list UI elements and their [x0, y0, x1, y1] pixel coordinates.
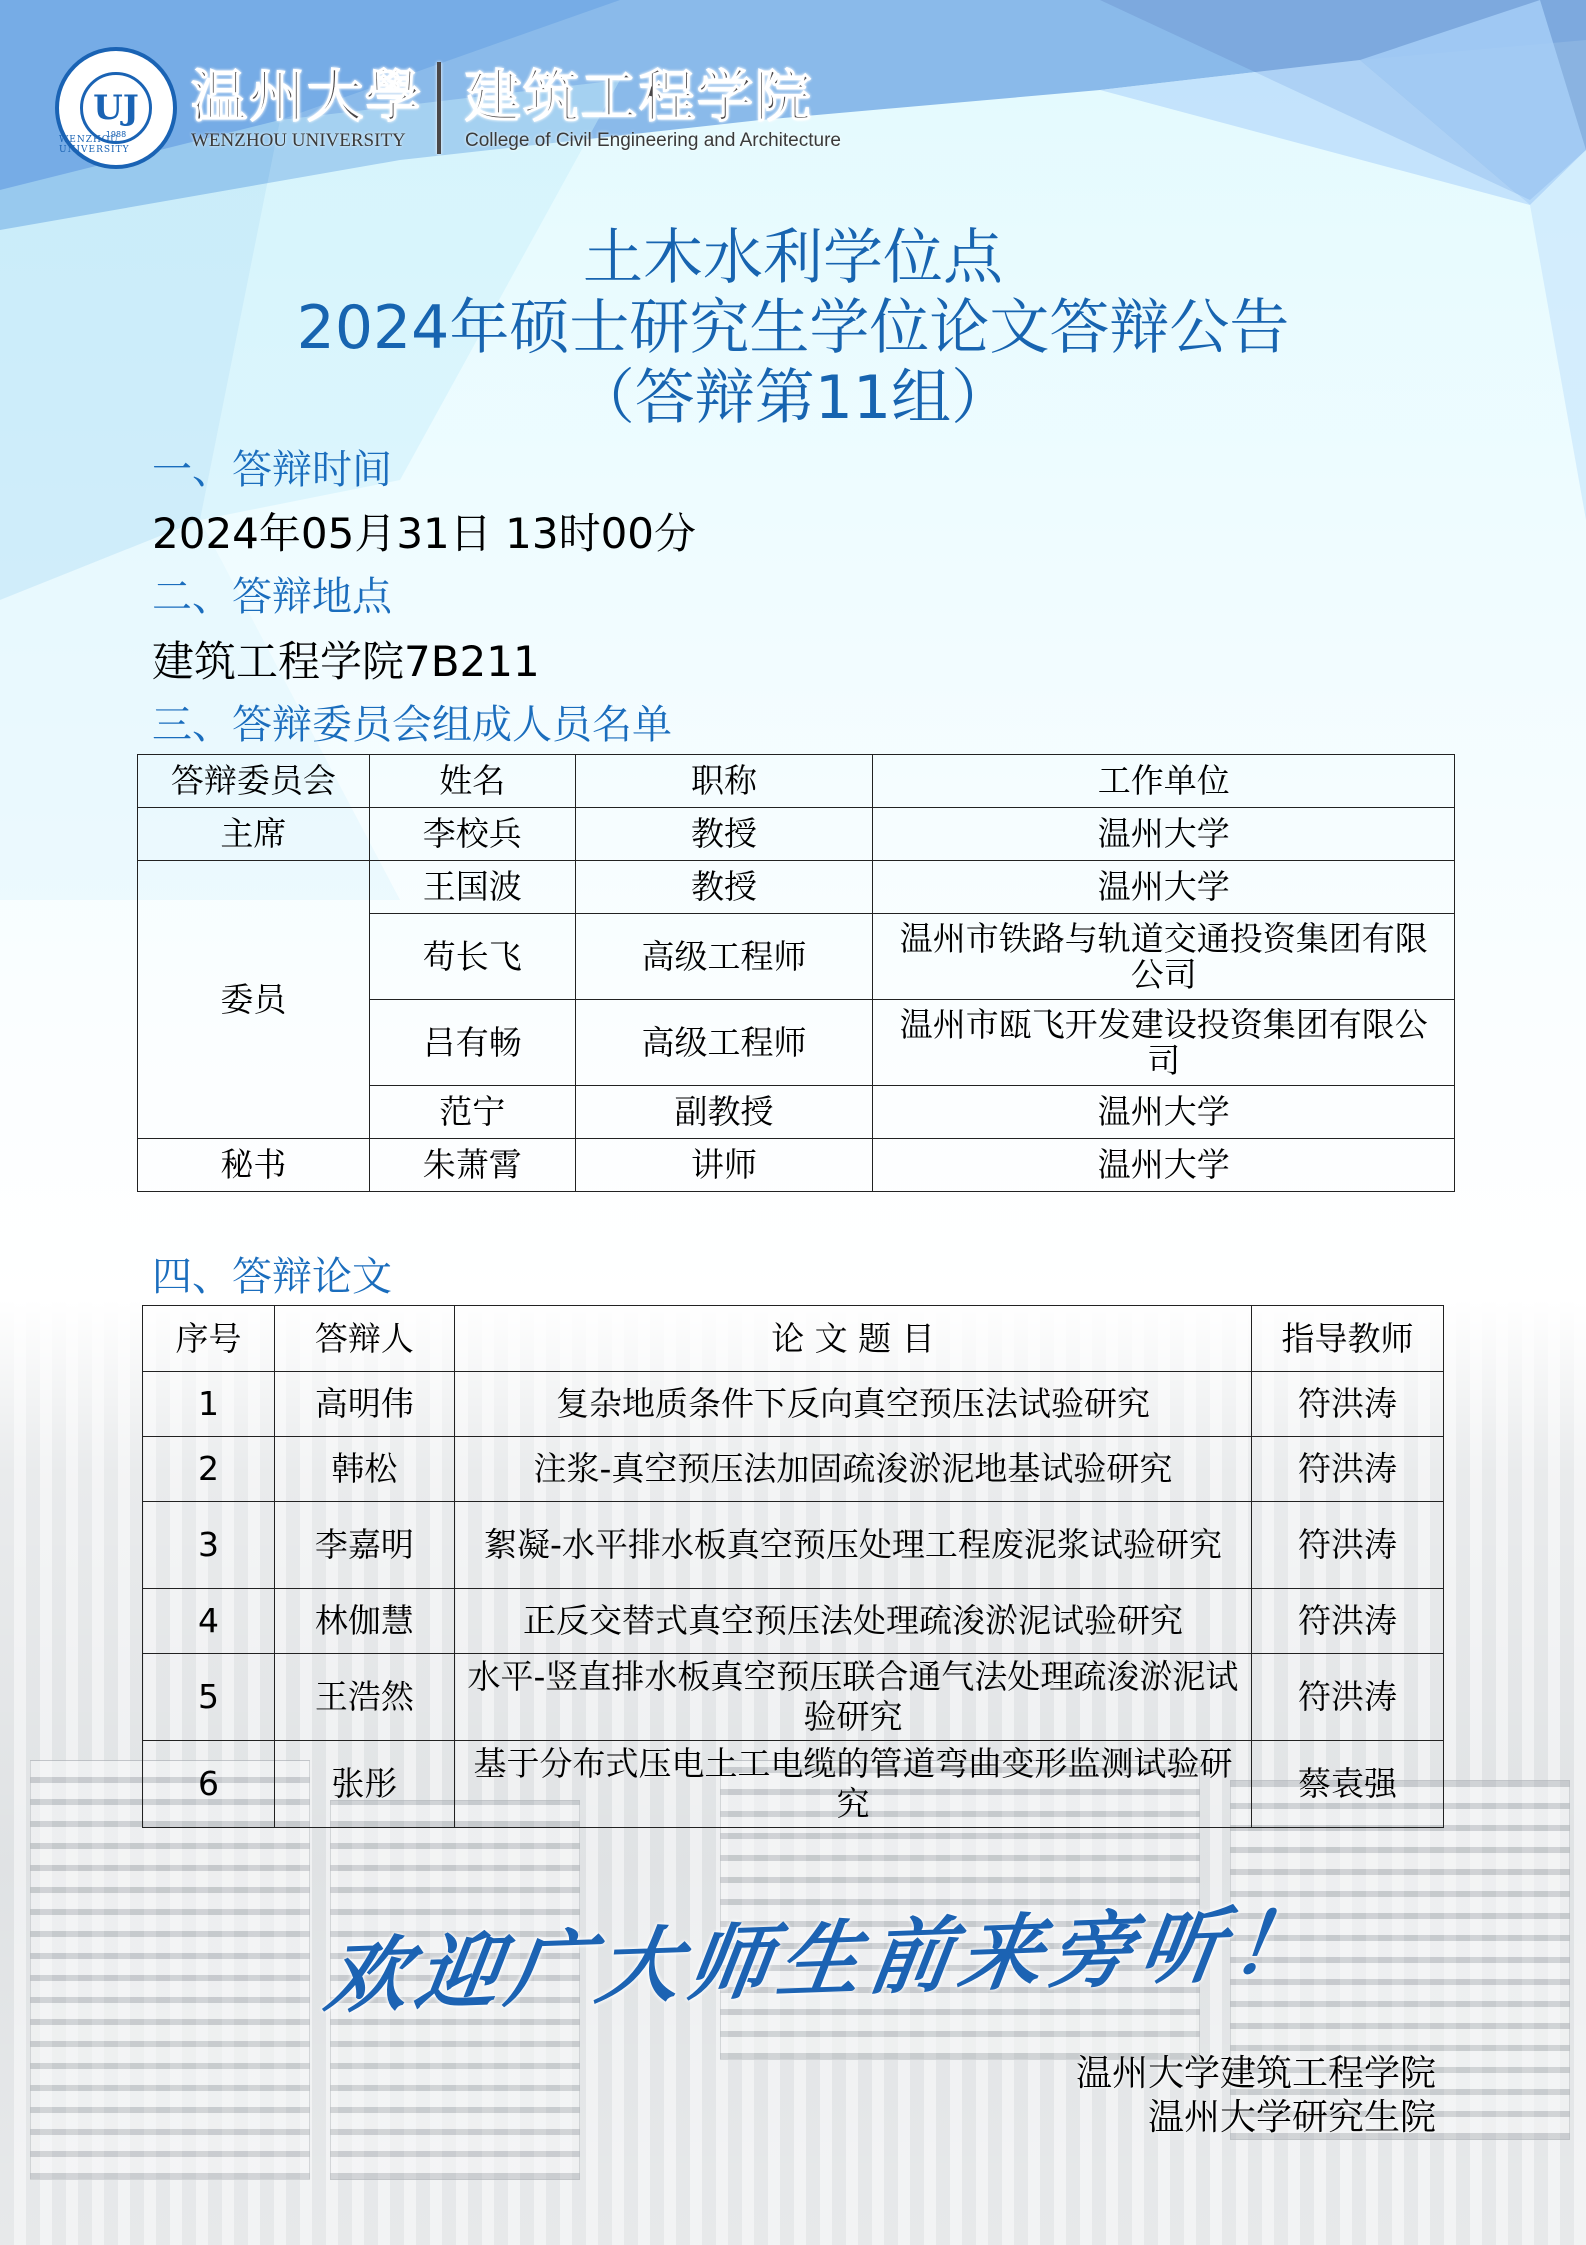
- column-header: 序号: [143, 1306, 275, 1372]
- member-title: 教授: [575, 808, 873, 861]
- thesis-topic: 絮凝-水平排水板真空预压处理工程废泥浆试验研究: [454, 1502, 1251, 1589]
- student-name: 张彤: [274, 1741, 454, 1828]
- member-name: 朱萧霄: [369, 1139, 575, 1192]
- student-name: 王浩然: [274, 1654, 454, 1741]
- advisor-name: 符洪涛: [1252, 1589, 1444, 1654]
- member-title: 讲师: [575, 1139, 873, 1192]
- title-line-3: （答辩第11组）: [0, 364, 1586, 432]
- member-title: 教授: [575, 861, 873, 914]
- column-header: 答辩委员会: [138, 755, 370, 808]
- table-header-row: 答辩委员会 姓名 职称 工作单位: [138, 755, 1455, 808]
- university-name-en: WENZHOU UNIVERSITY: [191, 130, 423, 152]
- theses-table: 序号 答辩人 论 文 题 目 指导教师 1 高明伟 复杂地质条件下反向真空预压法…: [142, 1305, 1444, 1828]
- thesis-number: 5: [143, 1654, 275, 1741]
- committee-role: 主席: [138, 808, 370, 861]
- column-header: 工作单位: [873, 755, 1455, 808]
- thesis-topic: 基于分布式压电土工电缆的管道弯曲变形监测试验研究: [454, 1741, 1251, 1828]
- advisor-name: 符洪涛: [1252, 1654, 1444, 1741]
- member-unit: 温州大学: [873, 1139, 1455, 1192]
- signature-college: 温州大学建筑工程学院: [1076, 2052, 1436, 2096]
- section-heading-time: 一、答辩时间: [152, 445, 392, 495]
- table-row: 秘书 朱萧霄 讲师 温州大学: [138, 1139, 1455, 1192]
- student-name: 林伽慧: [274, 1589, 454, 1654]
- student-name: 高明伟: [274, 1372, 454, 1437]
- section-heading-place: 二、答辩地点: [152, 572, 392, 622]
- advisor-name: 符洪涛: [1252, 1502, 1444, 1589]
- student-name: 韩松: [274, 1437, 454, 1502]
- table-header-row: 序号 答辩人 论 文 题 目 指导教师: [143, 1306, 1444, 1372]
- column-header: 职称: [575, 755, 873, 808]
- thesis-number: 3: [143, 1502, 275, 1589]
- committee-role: 秘书: [138, 1139, 370, 1192]
- title-line-2: 2024年硕士研究生学位论文答辩公告: [0, 294, 1586, 362]
- advisor-name: 蔡袁强: [1252, 1741, 1444, 1828]
- member-name: 范宁: [369, 1086, 575, 1139]
- header-logo: UJ 1988 WENZHOU UNIVERSITY 温州大學 WENZHOU …: [55, 48, 841, 168]
- thesis-number: 6: [143, 1741, 275, 1828]
- member-title: 高级工程师: [575, 1000, 873, 1086]
- member-unit: 温州大学: [873, 1086, 1455, 1139]
- table-row: 委员 王国波 教授 温州大学: [138, 861, 1455, 914]
- thesis-number: 1: [143, 1372, 275, 1437]
- title-line-1: 土木水利学位点: [0, 224, 1586, 292]
- section-heading-committee: 三、答辩委员会组成人员名单: [152, 700, 672, 750]
- member-title: 副教授: [575, 1086, 873, 1139]
- member-unit: 温州大学: [873, 808, 1455, 861]
- university-name-cn: 温州大學: [191, 64, 423, 130]
- college-brand: 建筑工程学院 College of Civil Engineering and …: [465, 64, 841, 152]
- thesis-number: 4: [143, 1589, 275, 1654]
- member-name: 王国波: [369, 861, 575, 914]
- university-brand: 温州大學 WENZHOU UNIVERSITY: [191, 64, 423, 152]
- signature-graduate-school: 温州大学研究生院: [1148, 2096, 1436, 2140]
- defense-time: 2024年05月31日 13时00分: [152, 508, 696, 560]
- table-row: 6 张彤 基于分布式压电土工电缆的管道弯曲变形监测试验研究 蔡袁强: [143, 1741, 1444, 1828]
- member-unit: 温州大学: [873, 861, 1455, 914]
- section-heading-theses: 四、答辩论文: [152, 1252, 392, 1302]
- table-row: 5 王浩然 水平-竖直排水板真空预压联合通气法处理疏浚淤泥试验研究 符洪涛: [143, 1654, 1444, 1741]
- committee-table: 答辩委员会 姓名 职称 工作单位 主席 李校兵 教授 温州大学 委员 王国波 教…: [137, 754, 1455, 1192]
- defense-place: 建筑工程学院7B211: [152, 636, 540, 688]
- advisor-name: 符洪涛: [1252, 1372, 1444, 1437]
- member-unit: 温州市铁路与轨道交通投资集团有限公司: [873, 914, 1455, 1000]
- column-header: 答辩人: [274, 1306, 454, 1372]
- member-title: 高级工程师: [575, 914, 873, 1000]
- student-name: 李嘉明: [274, 1502, 454, 1589]
- thesis-topic: 水平-竖直排水板真空预压联合通气法处理疏浚淤泥试验研究: [454, 1654, 1251, 1741]
- advisor-name: 符洪涛: [1252, 1437, 1444, 1502]
- column-header: 指导教师: [1252, 1306, 1444, 1372]
- thesis-topic: 复杂地质条件下反向真空预压法试验研究: [454, 1372, 1251, 1437]
- member-name: 吕有畅: [369, 1000, 575, 1086]
- seal-ring-text: WENZHOU UNIVERSITY: [59, 135, 173, 155]
- logo-divider: [437, 62, 441, 154]
- university-seal-icon: UJ 1988 WENZHOU UNIVERSITY: [55, 47, 177, 169]
- thesis-number: 2: [143, 1437, 275, 1502]
- table-row: 主席 李校兵 教授 温州大学: [138, 808, 1455, 861]
- committee-role: 委员: [138, 861, 370, 1139]
- thesis-topic: 注浆-真空预压法加固疏浚淤泥地基试验研究: [454, 1437, 1251, 1502]
- table-row: 3 李嘉明 絮凝-水平排水板真空预压处理工程废泥浆试验研究 符洪涛: [143, 1502, 1444, 1589]
- member-unit: 温州市瓯飞开发建设投资集团有限公司: [873, 1000, 1455, 1086]
- column-header: 论 文 题 目: [454, 1306, 1251, 1372]
- thesis-topic: 正反交替式真空预压法处理疏浚淤泥试验研究: [454, 1589, 1251, 1654]
- college-name-cn: 建筑工程学院: [465, 64, 841, 130]
- table-row: 1 高明伟 复杂地质条件下反向真空预压法试验研究 符洪涛: [143, 1372, 1444, 1437]
- table-row: 2 韩松 注浆-真空预压法加固疏浚淤泥地基试验研究 符洪涛: [143, 1437, 1444, 1502]
- member-name: 苟长飞: [369, 914, 575, 1000]
- table-row: 4 林伽慧 正反交替式真空预压法处理疏浚淤泥试验研究 符洪涛: [143, 1589, 1444, 1654]
- column-header: 姓名: [369, 755, 575, 808]
- member-name: 李校兵: [369, 808, 575, 861]
- college-name-en: College of Civil Engineering and Archite…: [465, 130, 841, 152]
